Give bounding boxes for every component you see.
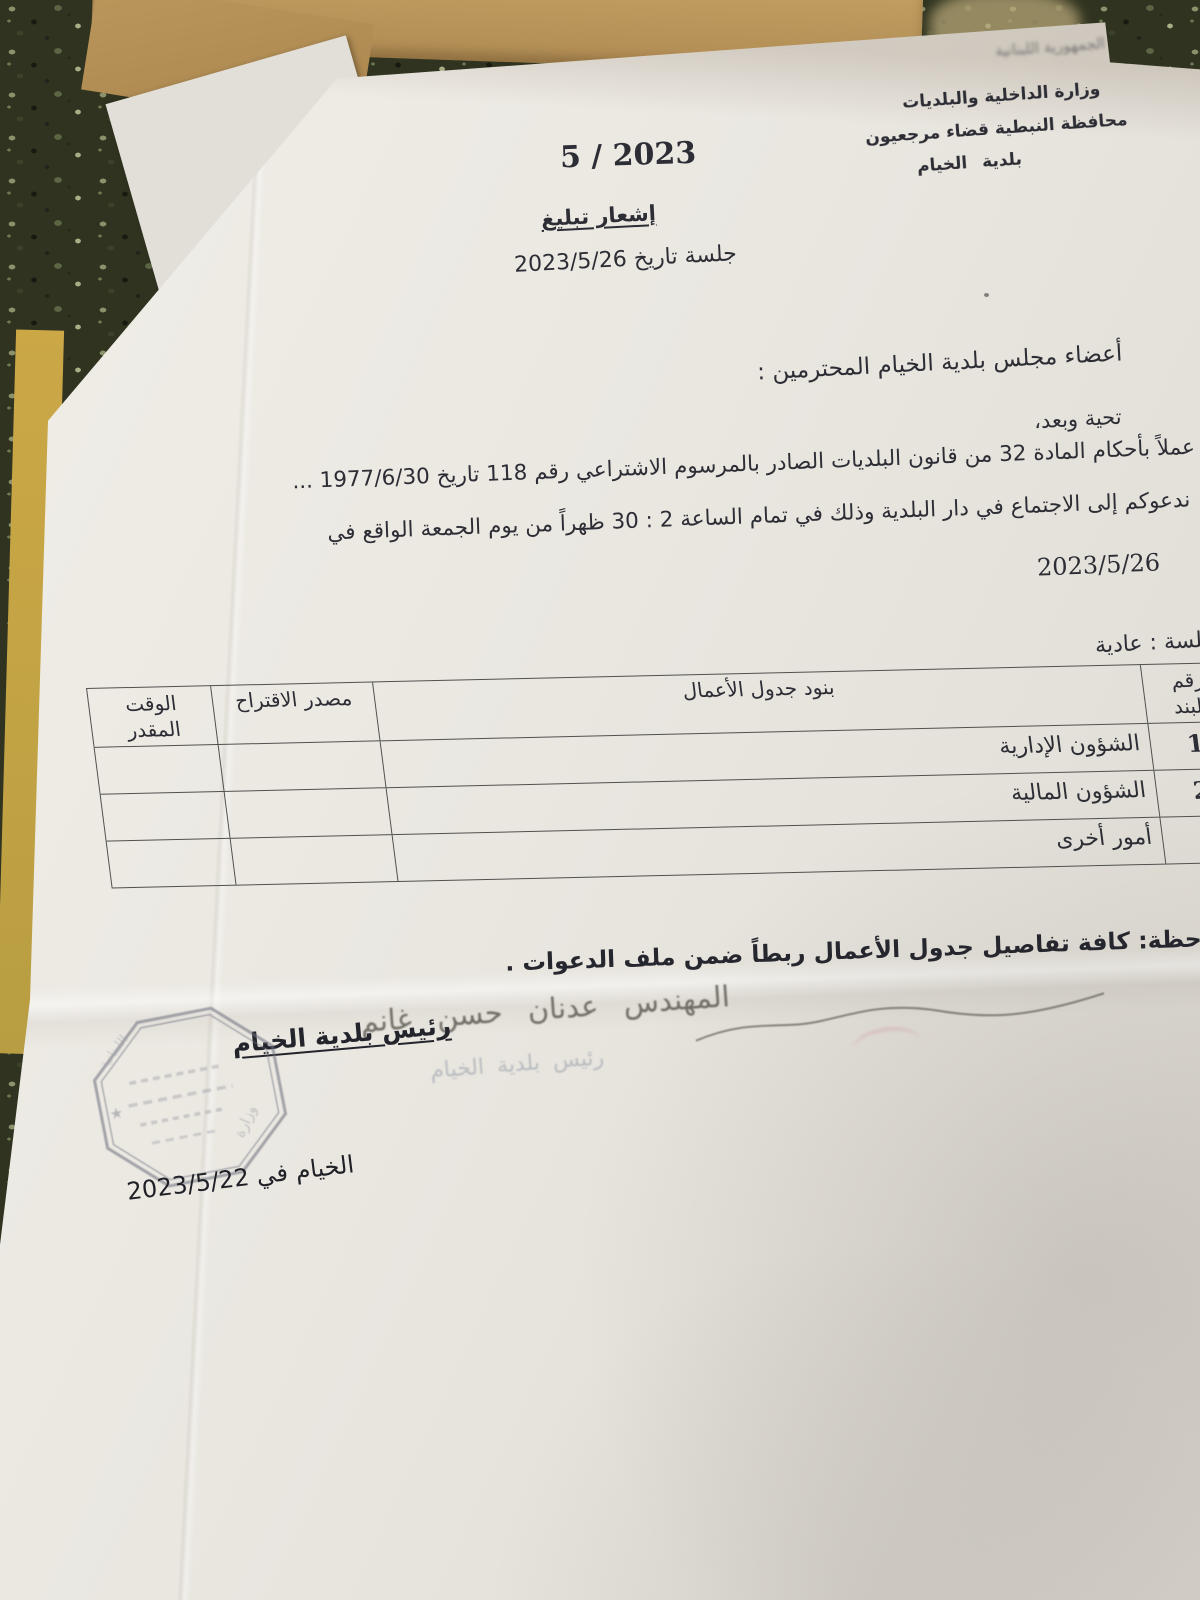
meeting-date: 2023/5/26 [1036, 548, 1160, 581]
cell-time [106, 839, 236, 888]
header-item-number-line1: رقم [1141, 666, 1200, 694]
cell-item-number: 1 [1147, 722, 1200, 770]
header-item-number: رقم البند [1140, 663, 1200, 723]
ink-speck [984, 293, 989, 297]
document-number: 5 / 2023 [559, 136, 696, 176]
header-time-line1: الوقت [88, 689, 214, 718]
header-source: مصدر الاقتراح [210, 683, 379, 745]
cell-source [230, 835, 398, 885]
stamp-edge-text-top: اللبنانية [96, 1033, 131, 1073]
header-time: الوقت المقدر [86, 686, 217, 747]
photo-of-document: الجمهورية اللبنانية وزارة الداخلية والبل… [0, 0, 1200, 1600]
cell-time [94, 745, 224, 794]
cell-item-number: 3 [1159, 816, 1200, 864]
cell-source [218, 741, 386, 791]
stamp-star-icon: ★ [108, 1103, 125, 1123]
header-time-line2: المقدر [91, 715, 217, 744]
greeting-line: تحية وبعد، [1034, 405, 1123, 434]
cell-time [100, 792, 230, 841]
cell-source [224, 788, 392, 838]
stamp-edge-text-bottom: وزارة [230, 1102, 260, 1140]
header-item-number-line2: البند [1145, 692, 1200, 720]
agenda-table: رقم البند بنود جدول الأعمال مصدر الاقترا… [86, 662, 1200, 888]
cell-item-number: 2 [1153, 769, 1200, 817]
